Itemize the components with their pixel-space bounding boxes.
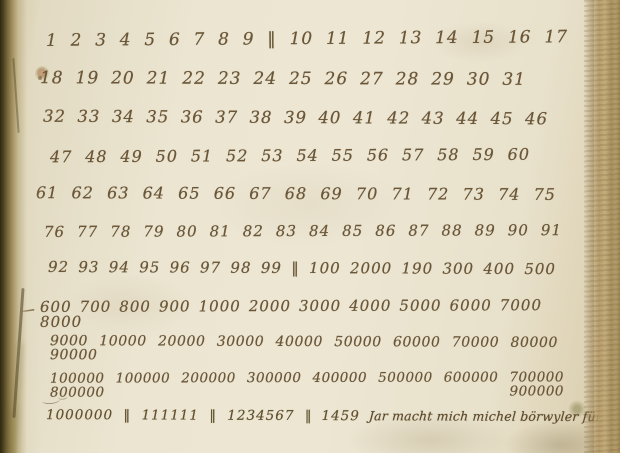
numeral-row-4: 47 48 49 50 51 52 53 54 55 56 57 58 59 6… <box>50 147 530 166</box>
numeral-row-10: 100000 100000 200000 300000 400000 50000… <box>50 371 564 399</box>
numeral-row-7: 92 93 94 95 96 97 98 99 ‖ 100 2000 190 3… <box>48 260 556 277</box>
numeral-row-6: 76 77 78 79 80 81 82 83 84 85 86 87 88 8… <box>44 223 562 240</box>
final-numerals: 1000000 ‖ 111111 ‖ 1234567 ‖ <box>46 407 313 424</box>
numeral-row-5: 61 62 63 64 65 66 67 68 69 70 71 72 73 7… <box>36 185 556 203</box>
numeral-row-3: 32 33 34 35 36 37 38 39 40 41 42 43 44 4… <box>43 109 548 128</box>
numeral-rows: 1 2 3 4 5 6 7 8 9 ‖ 10 11 12 13 14 15 16… <box>0 0 620 453</box>
numeral-row-1: 1 2 3 4 5 6 7 8 9 ‖ 10 11 12 13 14 15 16… <box>46 29 568 50</box>
numeral-row-9: 9000 10000 20000 30000 40000 50000 60000… <box>50 334 558 364</box>
manuscript-photo: — 1 2 3 4 5 6 7 8 9 ‖ 10 11 12 13 14 15 … <box>0 0 620 453</box>
numeral-row-8: 600 700 800 900 1000 2000 3000 4000 5000… <box>40 298 542 330</box>
scribe-inscription: Jar macht mich michel börwyler für nür <box>368 408 620 424</box>
final-row: 1000000 ‖ 111111 ‖ 1234567 ‖ 1459 Jar ma… <box>46 407 572 425</box>
numeral-row-2: 18 19 20 21 22 23 24 25 26 27 28 29 30 3… <box>40 70 526 89</box>
year-figure: 1459 <box>321 408 359 424</box>
